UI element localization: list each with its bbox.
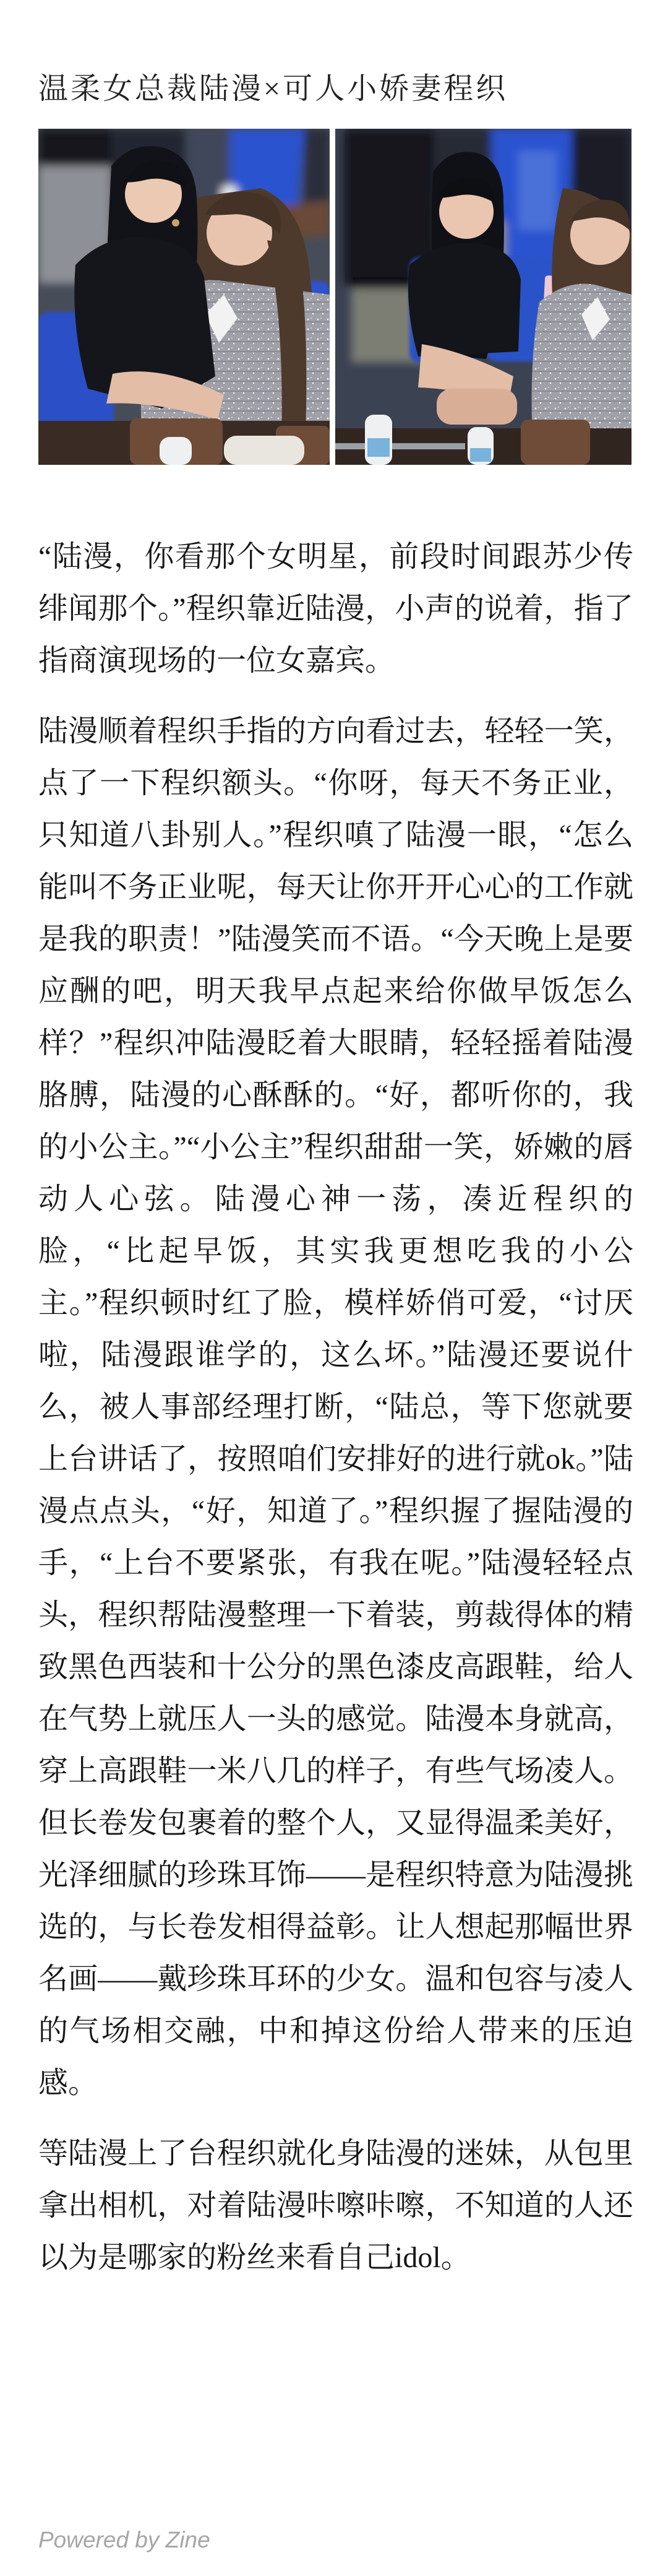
foreground-desk (38, 418, 330, 465)
page-footer: Powered by Zine (38, 2526, 210, 2554)
photo-right[interactable]: 嘉宾席 (335, 129, 632, 465)
story-paragraph: 等陆漫上了台程织就化身陆漫的迷妹，从包里拿出相机，对着陆漫咔嚓咔嚓，不知道的人还… (38, 2128, 633, 2284)
story-paragraph: 陆漫顺着程织手指的方向看过去，轻轻一笑，点了一下程织额头。“你呀，每天不务正业，… (38, 706, 633, 2109)
photo-row: 嘉宾席 (38, 129, 632, 465)
page-title: 温柔女总裁陆漫×可人小娇妻程织 (38, 69, 644, 109)
story-paragraphs: “陆漫，你看那个女明星，前段时间跟苏少传绯闻那个。”程织靠近陆漫，小声的说着，指… (38, 531, 633, 2302)
powered-by-link[interactable]: Powered by Zine (38, 2527, 210, 2552)
page: { "title": "温柔女总裁陆漫×可人小娇妻程织", "images": … (0, 0, 668, 2576)
photo-right-art: 嘉宾席 (335, 129, 632, 465)
photo-left-art (38, 129, 330, 465)
story-paragraph: “陆漫，你看那个女明星，前段时间跟苏少传绯闻那个。”程织靠近陆漫，小声的说着，指… (38, 531, 633, 687)
photo-left[interactable] (38, 129, 330, 465)
